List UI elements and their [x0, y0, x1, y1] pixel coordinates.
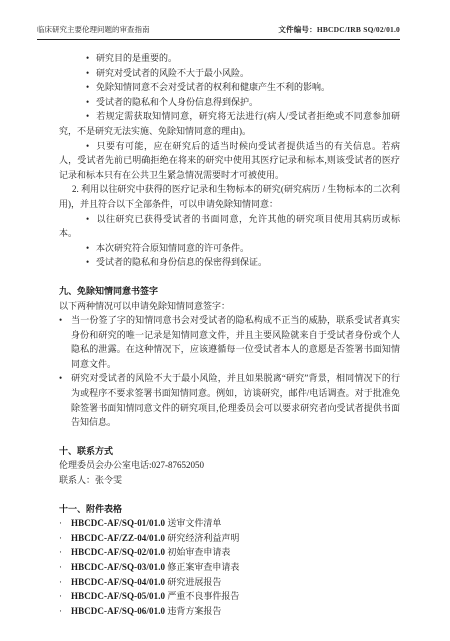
section-heading-11: 十一、附件表格 — [59, 502, 400, 517]
doc-number-value: HBCDC/IRB SQ/02/01.0 — [317, 25, 400, 34]
attachment-item: ·HBCDC-AF/SQ-04/01.0 研究进展报告 — [59, 575, 400, 590]
list-item: •研究对受试者的风险不大于最小风险，并且如果脱离“研究”背景，相同情况下的行为或… — [59, 371, 400, 429]
contact-person: 联系人：张令雯 — [59, 473, 400, 488]
dot-icon: · — [59, 604, 71, 619]
list-item-text: 以往研究已获得受试者的书面同意，允许其他的研究项目使用其病历或标本。 — [59, 214, 400, 239]
attachment-item: ·HBCDC-AF/SQ-05/01.0 严重不良事件报告 — [59, 589, 400, 604]
list-item: •受试者的隐私和身份信息的保密得到保证。 — [59, 255, 400, 270]
list-item: •只要有可能，应在研究后的适当时候向受试者提供适当的有关信息。若病人，受试者先前… — [59, 139, 400, 183]
dot-icon: · — [59, 589, 71, 604]
contact-phone: 伦理委员会办公室电话:027-87652050 — [59, 458, 400, 473]
header-doc-title: 临床研究主要伦理问题的审查指南 — [37, 25, 150, 35]
numbered-paragraph: 2. 利用以往研究中获得的医疗记录和生物标本的研究(研究病历 / 生物标本的二次… — [59, 182, 400, 211]
attachment-name: 违背方案报告 — [167, 606, 221, 616]
list-item-text: 受试者的隐私和个人身份信息得到保护。 — [96, 97, 258, 107]
bullet-icon: • — [86, 51, 96, 66]
list-item: •研究目的是重要的。 — [59, 51, 400, 66]
document-page: 临床研究主要伦理问题的审查指南 文件编号：HBCDC/IRB SQ/02/01.… — [0, 0, 450, 641]
bullet-icon: • — [86, 212, 96, 227]
attachment-item: ·HBCDC-AF/SQ-06/01.0 违背方案报告 — [59, 604, 400, 619]
bullet-icon: • — [59, 371, 71, 386]
list-item: •以往研究已获得受试者的书面同意，允许其他的研究项目使用其病历或标本。 — [59, 212, 400, 241]
list-item: •本次研究符合原知情同意的许可条件。 — [59, 241, 400, 256]
list-item-text: 若规定需获取知情同意，研究将无法进行(病人/受试者拒绝或不同意参加研究，不是研究… — [59, 111, 400, 136]
list-item: •研究对受试者的风险不大于最小风险。 — [59, 66, 400, 81]
attachment-code: HBCDC-AF/ZZ-04/01.0 — [71, 533, 165, 543]
attachment-item: ·HBCDC-AF/SQ-03/01.0 修正案审查申请表 — [59, 560, 400, 575]
list-item: •若规定需获取知情同意，研究将无法进行(病人/受试者拒绝或不同意参加研究，不是研… — [59, 109, 400, 138]
list-item: •受试者的隐私和个人身份信息得到保护。 — [59, 95, 400, 110]
page-header: 临床研究主要伦理问题的审查指南 文件编号：HBCDC/IRB SQ/02/01.… — [37, 25, 400, 40]
list-item-text: 本次研究符合原知情同意的许可条件。 — [96, 243, 249, 253]
bullet-icon: • — [86, 95, 96, 110]
list-item-text: 研究对受试者的风险不大于最小风险。 — [96, 68, 249, 78]
bullet-icon: • — [59, 313, 71, 328]
list-item-text: 研究目的是重要的。 — [96, 53, 177, 63]
section9-intro: 以下两种情况可以申请免除知情同意签字： — [59, 299, 400, 314]
bullet-icon: • — [86, 241, 96, 256]
attachment-item: ·HBCDC-AF/SQ-01/01.0 送审文件清单 — [59, 516, 400, 531]
section-heading-9: 九、免除知情同意书签字 — [59, 284, 400, 299]
attachment-item: ·HBCDC-AF/SQ-02/01.0 初始审查申请表 — [59, 545, 400, 560]
attachment-item: ·HBCDC-AF/ZZ-04/01.0 研究经济利益声明 — [59, 531, 400, 546]
dot-icon: · — [59, 531, 71, 546]
attachment-name: 送审文件清单 — [167, 518, 221, 528]
attachment-name: 研究经济利益声明 — [167, 533, 239, 543]
attachment-code: HBCDC-AF/SQ-02/01.0 — [71, 547, 165, 557]
list-item-text: 免除知情同意不会对受试者的权利和健康产生不利的影响。 — [96, 82, 330, 92]
dot-icon: · — [59, 575, 71, 590]
attachment-code: HBCDC-AF/SQ-05/01.0 — [71, 591, 165, 601]
attachment-name: 严重不良事件报告 — [167, 591, 239, 601]
bullet-icon: • — [86, 109, 96, 124]
doc-number-label: 文件编号： — [278, 25, 317, 34]
list-item-text: 研究对受试者的风险不大于最小风险，并且如果脱离“研究”背景，相同情况下的行为或程… — [71, 373, 400, 427]
list-item-text: 只要有可能，应在研究后的适当时候向受试者提供适当的有关信息。若病人，受试者先前已… — [59, 141, 400, 180]
section-heading-10: 十、联系方式 — [59, 444, 400, 459]
dot-icon: · — [59, 560, 71, 575]
dot-icon: · — [59, 545, 71, 560]
attachment-code: HBCDC-AF/SQ-04/01.0 — [71, 577, 165, 587]
dot-icon: · — [59, 516, 71, 531]
list-item-text: 当一份签了字的知情同意书会对受试者的隐私构成不正当的威胁，联系受试者真实身份和研… — [71, 315, 400, 369]
attachment-code: HBCDC-AF/SQ-06/01.0 — [71, 606, 165, 616]
bullet-icon: • — [86, 139, 96, 154]
attachment-name: 研究进展报告 — [167, 577, 221, 587]
attachment-name: 初始审查申请表 — [167, 547, 230, 557]
list-item: •免除知情同意不会对受试者的权利和健康产生不利的影响。 — [59, 80, 400, 95]
document-body: •研究目的是重要的。 •研究对受试者的风险不大于最小风险。 •免除知情同意不会对… — [59, 51, 400, 618]
bullet-icon: • — [86, 80, 96, 95]
attachment-code: HBCDC-AF/SQ-03/01.0 — [71, 562, 165, 572]
bullet-icon: • — [86, 255, 96, 270]
attachment-name: 修正案审查申请表 — [167, 562, 239, 572]
header-doc-number: 文件编号：HBCDC/IRB SQ/02/01.0 — [278, 25, 400, 35]
bullet-icon: • — [86, 66, 96, 81]
attachment-code: HBCDC-AF/SQ-01/01.0 — [71, 518, 165, 528]
list-item-text: 受试者的隐私和身份信息的保密得到保证。 — [96, 257, 267, 267]
list-item: •当一份签了字的知情同意书会对受试者的隐私构成不正当的威胁，联系受试者真实身份和… — [59, 313, 400, 371]
